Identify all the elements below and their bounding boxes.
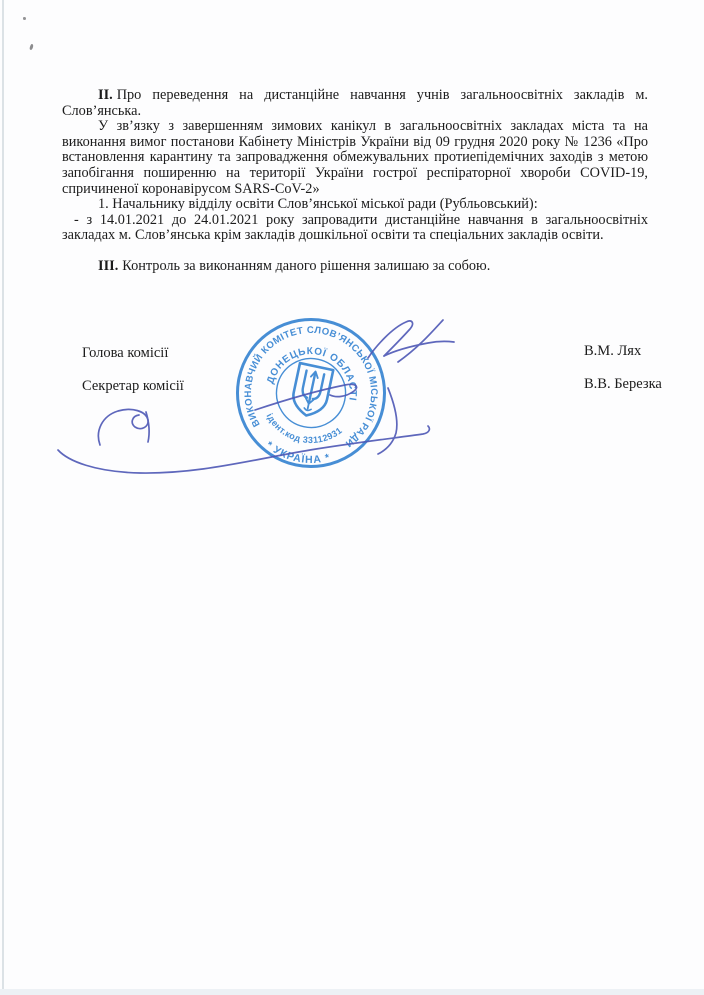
paragraph-subitem: - з 14.01.2021 до 24.01.2021 року запров… <box>62 213 648 244</box>
paragraph-text: - з 14.01.2021 до 24.01.2021 року запров… <box>62 212 648 244</box>
document-body: II.Про переведення на дистанційне навчан… <box>62 88 648 275</box>
paragraph-item-1: 1. Начальнику відділу освіти Слов’янсько… <box>62 197 648 213</box>
section-number: II. <box>98 87 113 103</box>
section-number: III. <box>98 258 118 274</box>
paragraph-text: 1. Начальнику відділу освіти Слов’янсько… <box>98 196 538 212</box>
pen-ink-group <box>58 320 454 473</box>
paragraph-text: Про переведення на дистанційне навчання … <box>62 87 648 119</box>
paragraph-text: Контроль за виконанням даного рішення за… <box>122 258 490 274</box>
signature-secretary-strokes <box>58 409 429 473</box>
scan-left-edge <box>2 0 4 995</box>
paragraph-section-3: III.Контроль за виконанням даного рішенн… <box>62 259 648 275</box>
scanned-document-page: II.Про переведення на дистанційне навчан… <box>0 0 704 995</box>
handwritten-signatures <box>40 298 660 498</box>
scan-bottom-edge <box>0 989 704 995</box>
scan-speck <box>29 44 34 51</box>
paragraph-section-2: II.Про переведення на дистанційне навчан… <box>62 88 648 119</box>
paragraph-text: У зв’язку з завершенням зимових канікул … <box>62 118 648 196</box>
paragraph-preamble: У зв’язку з завершенням зимових канікул … <box>62 119 648 197</box>
scan-speck <box>23 17 26 20</box>
